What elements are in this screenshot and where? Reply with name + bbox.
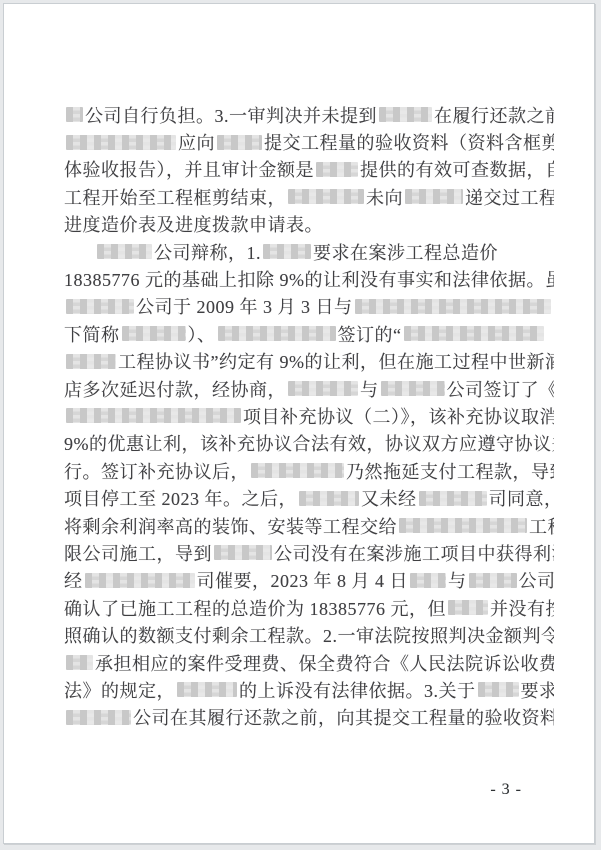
text-run: 要求在案涉工程总造价 (313, 239, 498, 265)
text-run: 公司于 2009 年 3 月 3 日与 (136, 293, 353, 319)
redaction-block (469, 573, 517, 588)
text-run: 又未经 (361, 485, 417, 511)
text-run: 照确认的数额支付剩余工程款。2.一审法院按照判决金额判令 (64, 622, 554, 648)
redaction-block (66, 655, 93, 670)
redaction-block (66, 135, 176, 150)
document-line: 9%的优惠让利，该补充协议合法有效，协议双方应遵守协议并履 (64, 430, 554, 457)
text-run: 乃然拖延支付工程款，导致案涉 (346, 458, 554, 484)
redaction-block (97, 244, 152, 259)
text-run: 下简称 (64, 321, 120, 347)
redaction-block (379, 107, 432, 122)
text-run: 未向 (366, 184, 403, 210)
text-run: 要求 (521, 677, 555, 703)
document-line: 店多次延迟付款，经协商，与公司签订了《 (64, 375, 554, 402)
indent-gap (64, 251, 95, 252)
text-run: 与 (360, 376, 379, 402)
text-run: 限公司施工，导到 (64, 540, 212, 566)
redaction-block (177, 682, 237, 697)
text-run: （以 (553, 293, 555, 319)
text-run: 提供的有效可查数据，自 (360, 156, 554, 182)
redaction-block (263, 244, 311, 259)
text-run: 项目补充协议（二）》，该补充协议取消了 (243, 403, 554, 429)
text-run: 将剩余利润率高的装饰、安装等工程交给 (64, 513, 397, 539)
redaction-block (399, 518, 527, 533)
redaction-block (66, 408, 241, 423)
redaction-block (66, 107, 83, 122)
document-line: 项目补充协议（二）》，该补充协议取消了 (64, 402, 554, 429)
document-line: 公司辩称，1.要求在案涉工程总造价 (64, 238, 554, 265)
text-run: 应向 (178, 129, 215, 155)
redaction-block (419, 491, 487, 506)
document-line: 公司自行负担。3.一审判决并未提到在履行还款之前， (64, 101, 554, 128)
document-page: 公司自行负担。3.一审判决并未提到在履行还款之前，应向提交工程量的验收资料（资料… (3, 3, 595, 844)
redaction-block (66, 710, 131, 725)
document-line: 公司在其履行还款之前，向其提交工程量的验收资料的问 (64, 704, 554, 731)
redaction-block (85, 573, 195, 588)
text-run: 公司 (519, 567, 555, 593)
redaction-block (410, 573, 446, 588)
text-run: 的上诉没有法律依据。3.关于 (239, 677, 476, 703)
text-run: 体验收报告），并且审计金额是 (64, 156, 314, 182)
text-run: 工程开始至工程框剪结束， (64, 184, 286, 210)
text-run: 公司自行负担。3.一审判决并未提到 (85, 102, 377, 128)
text-run: 公司在其履行还款之前，向其提交工程量的验收资料的问 (133, 704, 554, 730)
document-line: 限公司施工，导到公司没有在案涉施工项目中获得利润。 (64, 539, 554, 566)
text-run: 行。签订补充协议后， (64, 458, 249, 484)
text-run: 与 (448, 567, 467, 593)
text-run: 并没有按 (490, 595, 554, 621)
document-line: 公司于 2009 年 3 月 3 日与（以 (64, 293, 554, 320)
text-run: 进度造价表及进度拨款申请表。 (64, 211, 323, 237)
redaction-block (478, 682, 519, 697)
redaction-block (122, 326, 186, 341)
document-line: 工程协议书”约定有 9%的让利，但在施工过程中世新酒 (64, 348, 554, 375)
redaction-block (251, 463, 344, 478)
document-line: 应向提交工程量的验收资料（资料含框剪主 (64, 128, 554, 155)
redaction-block (288, 381, 358, 396)
redaction-block (217, 135, 262, 150)
text-run: 司同意， (489, 485, 555, 511)
text-run: 法》的规定， (64, 677, 175, 703)
redaction-block (404, 326, 544, 341)
document-body: 公司自行负担。3.一审判决并未提到在履行还款之前，应向提交工程量的验收资料（资料… (64, 101, 554, 731)
redaction-block (448, 600, 488, 615)
redaction-block (288, 189, 364, 204)
document-line: 承担相应的案件受理费、保全费符合《人民法院诉讼收费办 (64, 649, 554, 676)
text-run: 店多次延迟付款，经协商， (64, 376, 286, 402)
redaction-block (214, 545, 272, 560)
text-run: 签订的“ (338, 321, 402, 347)
document-line: 下简称）、签订的“ (64, 320, 554, 347)
document-line: 经司催要，2023 年 8 月 4 日与公司 (64, 567, 554, 594)
redaction-block (381, 381, 445, 396)
document-line: 进度造价表及进度拨款申请表。 (64, 211, 554, 238)
document-line: 行。签订补充协议后，乃然拖延支付工程款，导致案涉 (64, 457, 554, 484)
redaction-block (355, 299, 551, 314)
text-run: 司催要，2023 年 8 月 4 日 (197, 567, 409, 593)
text-run: ）、 (188, 321, 216, 347)
text-run: 工程协议书”约定有 9%的让利，但在施工过程中世新酒 (118, 348, 554, 374)
document-line: 工程开始至工程框剪结束，未向递交过工程 (64, 183, 554, 210)
redaction-block (218, 326, 336, 341)
text-run: 承担相应的案件受理费、保全费符合《人民法院诉讼收费办 (95, 650, 554, 676)
redaction-block (66, 299, 134, 314)
document-line: 项目停工至 2023 年。之后，又未经司同意， (64, 484, 554, 511)
redaction-block (316, 162, 358, 177)
text-run: 项目停工至 2023 年。之后， (64, 485, 297, 511)
redaction-block (405, 189, 463, 204)
text-run: 工程有 (529, 513, 554, 539)
text-run: 提交工程量的验收资料（资料含框剪主 (264, 129, 554, 155)
document-line: 法》的规定，的上诉没有法律依据。3.关于要求 (64, 676, 554, 703)
redaction-block (66, 354, 116, 369)
text-run: 递交过工程 (465, 184, 554, 210)
text-run: 18385776 元的基础上扣除 9%的让利没有事实和法律依据。虽然 (64, 266, 554, 292)
text-run: 确认了已施工工程的总造价为 18385776 元，但 (64, 595, 446, 621)
text-run: 经 (64, 567, 83, 593)
page-number: - 3 - (490, 781, 522, 799)
document-line: 确认了已施工工程的总造价为 18385776 元，但并没有按 (64, 594, 554, 621)
document-line: 将剩余利润率高的装饰、安装等工程交给工程有 (64, 512, 554, 539)
document-line: 体验收报告），并且审计金额是提供的有效可查数据，自 (64, 156, 554, 183)
text-run: 公司没有在案涉施工项目中获得利润。 (274, 540, 554, 566)
redaction-block (299, 491, 359, 506)
text-run: 9%的优惠让利，该补充协议合法有效，协议双方应遵守协议并履 (64, 430, 554, 456)
text-run: 在履行还款之前， (434, 102, 554, 128)
document-line: 照确认的数额支付剩余工程款。2.一审法院按照判决金额判令 (64, 621, 554, 648)
text-run: 公司签订了《 (447, 376, 555, 402)
document-line: 18385776 元的基础上扣除 9%的让利没有事实和法律依据。虽然 (64, 265, 554, 292)
text-run: 公司辩称，1. (154, 239, 261, 265)
